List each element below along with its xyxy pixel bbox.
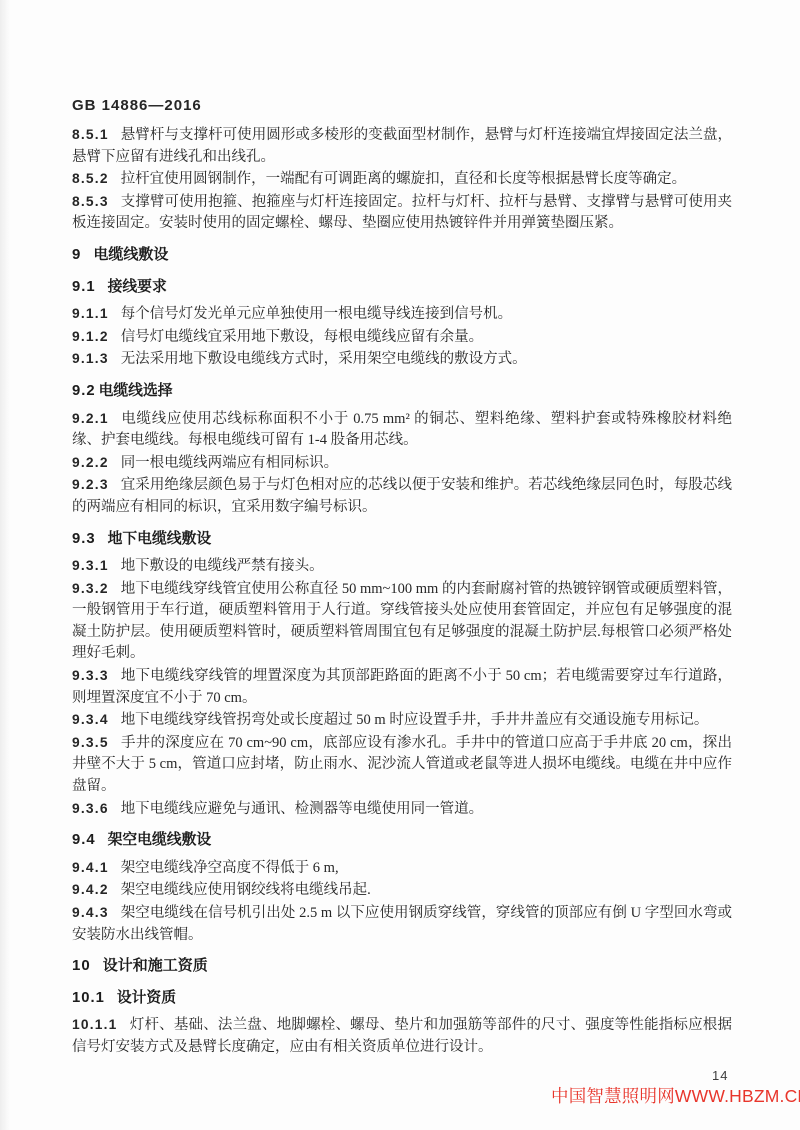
clause-text: 手井的深度应在 70 cm~90 cm，底部应设有渗水孔。手井中的管道口应高于手… (72, 735, 732, 794)
heading-title: 设计和施工资质 (103, 957, 208, 974)
clause-text: 地下敷设的电缆线严禁有接头。 (121, 558, 324, 574)
clause-9-3-6: 9.3.6地下电缆线应避免与通讯、检测器等电缆使用同一管道。 (72, 798, 732, 821)
clause-9-1-2: 9.1.2信号灯电缆线宜采用地下敷设，每根电缆线应留有余量。 (72, 326, 732, 349)
clause-9-3-4: 9.3.4地下电缆线穿线管拐弯处或长度超过 50 m 时应设置手井，手井井盖应有… (72, 709, 732, 732)
clause-number: 9.4.2 (72, 882, 109, 897)
clause-number: 9.1.3 (72, 351, 109, 366)
clause-text: 架空电缆线在信号机引出处 2.5 m 以下应使用钢质穿线管，穿线管的顶部应有倒 … (72, 905, 732, 943)
clause-number: 9.1.1 (72, 306, 109, 321)
chapter-heading-9: 9电缆线敷设 (72, 244, 732, 266)
clause-text: 宜采用绝缘层颜色易于与灯色相对应的芯线以便于安装和维护。若芯线绝缘层同色时，每股… (72, 477, 732, 515)
document-page: GB 14886—2016 8.5.1悬臂杆与支撑杆可使用圆形或多棱形的变截面型… (0, 0, 800, 1130)
clause-number: 9.2.2 (72, 455, 109, 470)
clause-8-5-1: 8.5.1悬臂杆与支撑杆可使用圆形或多棱形的变截面型材制作，悬臂与灯杆连接端宜焊… (72, 124, 732, 168)
clause-text: 无法采用地下敷设电缆线方式时，采用架空电缆线的敷设方式。 (121, 351, 527, 367)
clause-text: 信号灯电缆线宜采用地下敷设，每根电缆线应留有余量。 (121, 329, 484, 345)
clause-9-2-1: 9.2.1电缆线应使用芯线标称面积不小于 0.75 mm² 的铜芯、塑料绝缘、塑… (72, 408, 732, 452)
clause-number: 9.3.6 (72, 801, 109, 816)
clause-text: 灯杆、基础、法兰盘、地脚螺栓、螺母、垫片和加强筋等部件的尺寸、强度等性能指标应根… (72, 1017, 732, 1055)
standard-code: GB 14886—2016 (72, 96, 732, 116)
clause-number: 8.5.1 (72, 127, 109, 142)
clause-text: 地下电缆线穿线管拐弯处或长度超过 50 m 时应设置手井，手井井盖应有交通设施专… (121, 712, 709, 728)
section-heading-9-1: 9.1接线要求 (72, 277, 732, 299)
clause-9-2-2: 9.2.2同一根电缆线两端应有相同标识。 (72, 452, 732, 475)
section-heading-9-3: 9.3地下电缆线敷设 (72, 529, 732, 551)
clause-9-3-2: 9.3.2地下电缆线穿线管宜使用公称直径 50 mm~100 mm 的内套耐腐衬… (72, 578, 732, 665)
clause-number: 9.3.1 (72, 558, 109, 573)
heading-number: 9.3 (72, 531, 96, 547)
clause-9-1-3: 9.1.3无法采用地下敷设电缆线方式时，采用架空电缆线的敷设方式。 (72, 348, 732, 371)
clause-9-3-1: 9.3.1地下敷设的电缆线严禁有接头。 (72, 555, 732, 578)
clause-9-4-2: 9.4.2架空电缆线应使用钢绞线将电缆线吊起. (72, 879, 732, 902)
clause-number: 9.4.1 (72, 860, 109, 875)
heading-title: 地下电缆线敷设 (108, 531, 212, 547)
clause-text: 每个信号灯发光单元应单独使用一根电缆导线连接到信号机。 (121, 306, 513, 322)
clause-number: 9.3.3 (72, 668, 109, 683)
heading-title: 接线要求 (108, 279, 167, 295)
clause-number: 9.3.4 (72, 712, 109, 727)
clause-9-3-5: 9.3.5手井的深度应在 70 cm~90 cm，底部应设有渗水孔。手井中的管道… (72, 732, 732, 798)
page-content: GB 14886—2016 8.5.1悬臂杆与支撑杆可使用圆形或多棱形的变截面型… (72, 96, 732, 1059)
clause-text: 地下电缆线穿线管宜使用公称直径 50 mm~100 mm 的内套耐腐衬管的热镀锌… (72, 581, 732, 662)
clause-8-5-2: 8.5.2拉杆宜使用圆钢制作，一端配有可调距离的螺旋扣，直径和长度等根据悬臂长度… (72, 168, 732, 191)
heading-number: 10.1 (72, 990, 105, 1006)
section-heading-9-4: 9.4架空电缆线敷设 (72, 830, 732, 852)
clause-8-5-3: 8.5.3支撑臂可使用抱箍、抱箍座与灯杆连接固定。拉杆与灯杆、拉杆与悬臂、支撑臂… (72, 191, 732, 235)
clause-number: 8.5.2 (72, 171, 109, 186)
clause-9-3-3: 9.3.3地下电缆线穿线管的埋置深度为其顶部距路面的距离不小于 50 cm；若电… (72, 665, 732, 709)
clause-text: 架空电缆线净空高度不得低于 6 m, (121, 860, 339, 876)
clause-text: 拉杆宜使用圆钢制作，一端配有可调距离的螺旋扣，直径和长度等根据悬臂长度等确定。 (121, 171, 687, 187)
clause-9-4-3: 9.4.3架空电缆线在信号机引出处 2.5 m 以下应使用钢质穿线管，穿线管的顶… (72, 902, 732, 946)
clause-number: 9.2.3 (72, 477, 109, 492)
clause-text: 悬臂杆与支撑杆可使用圆形或多棱形的变截面型材制作，悬臂与灯杆连接端宜焊接固定法兰… (72, 127, 732, 165)
heading-title: 电缆线选择 (99, 383, 173, 399)
heading-title: 设计资质 (117, 990, 176, 1006)
heading-number: 9 (72, 246, 81, 263)
clause-text: 地下电缆线穿线管的埋置深度为其顶部距路面的距离不小于 50 cm；若电缆需要穿过… (72, 668, 732, 706)
clause-text: 电缆线应使用芯线标称面积不小于 0.75 mm² 的铜芯、塑料绝缘、塑料护套或特… (72, 411, 732, 449)
clause-number: 9.4.3 (72, 905, 109, 920)
section-heading-10-1: 10.1设计资质 (72, 988, 732, 1010)
watermark-text: 中国智慧照明网WWW.HBZM.CN (551, 1083, 800, 1108)
heading-title: 电缆线敷设 (93, 246, 168, 263)
heading-number: 9.2 (72, 383, 96, 399)
clause-text: 地下电缆线应避免与通讯、检测器等电缆使用同一管道。 (121, 801, 484, 817)
clause-9-1-1: 9.1.1每个信号灯发光单元应单独使用一根电缆导线连接到信号机。 (72, 303, 732, 326)
clause-text: 架空电缆线应使用钢绞线将电缆线吊起. (121, 882, 371, 898)
clause-number: 9.3.5 (72, 735, 109, 750)
heading-title: 架空电缆线敷设 (108, 832, 212, 848)
clause-number: 8.5.3 (72, 194, 109, 209)
clause-text: 同一根电缆线两端应有相同标识。 (121, 455, 339, 471)
clause-number: 10.1.1 (72, 1017, 118, 1032)
clause-9-4-1: 9.4.1架空电缆线净空高度不得低于 6 m, (72, 857, 732, 880)
clause-text: 支撑臂可使用抱箍、抱箍座与灯杆连接固定。拉杆与灯杆、拉杆与悬臂、支撑臂与悬臂可使… (72, 194, 732, 232)
heading-number: 9.1 (72, 279, 96, 295)
clause-number: 9.2.1 (72, 411, 109, 426)
heading-number: 9.4 (72, 832, 96, 848)
page-number: 14 (712, 1068, 728, 1083)
clause-10-1-1: 10.1.1灯杆、基础、法兰盘、地脚螺栓、螺母、垫片和加强筋等部件的尺寸、强度等… (72, 1014, 732, 1058)
heading-number: 10 (72, 957, 91, 974)
clause-number: 9.1.2 (72, 329, 109, 344)
chapter-heading-10: 10设计和施工资质 (72, 955, 732, 977)
clause-number: 9.3.2 (72, 581, 109, 596)
clause-9-2-3: 9.2.3宜采用绝缘层颜色易于与灯色相对应的芯线以便于安装和维护。若芯线绝缘层同… (72, 474, 732, 518)
section-heading-9-2: 9.2电缆线选择 (72, 381, 732, 403)
